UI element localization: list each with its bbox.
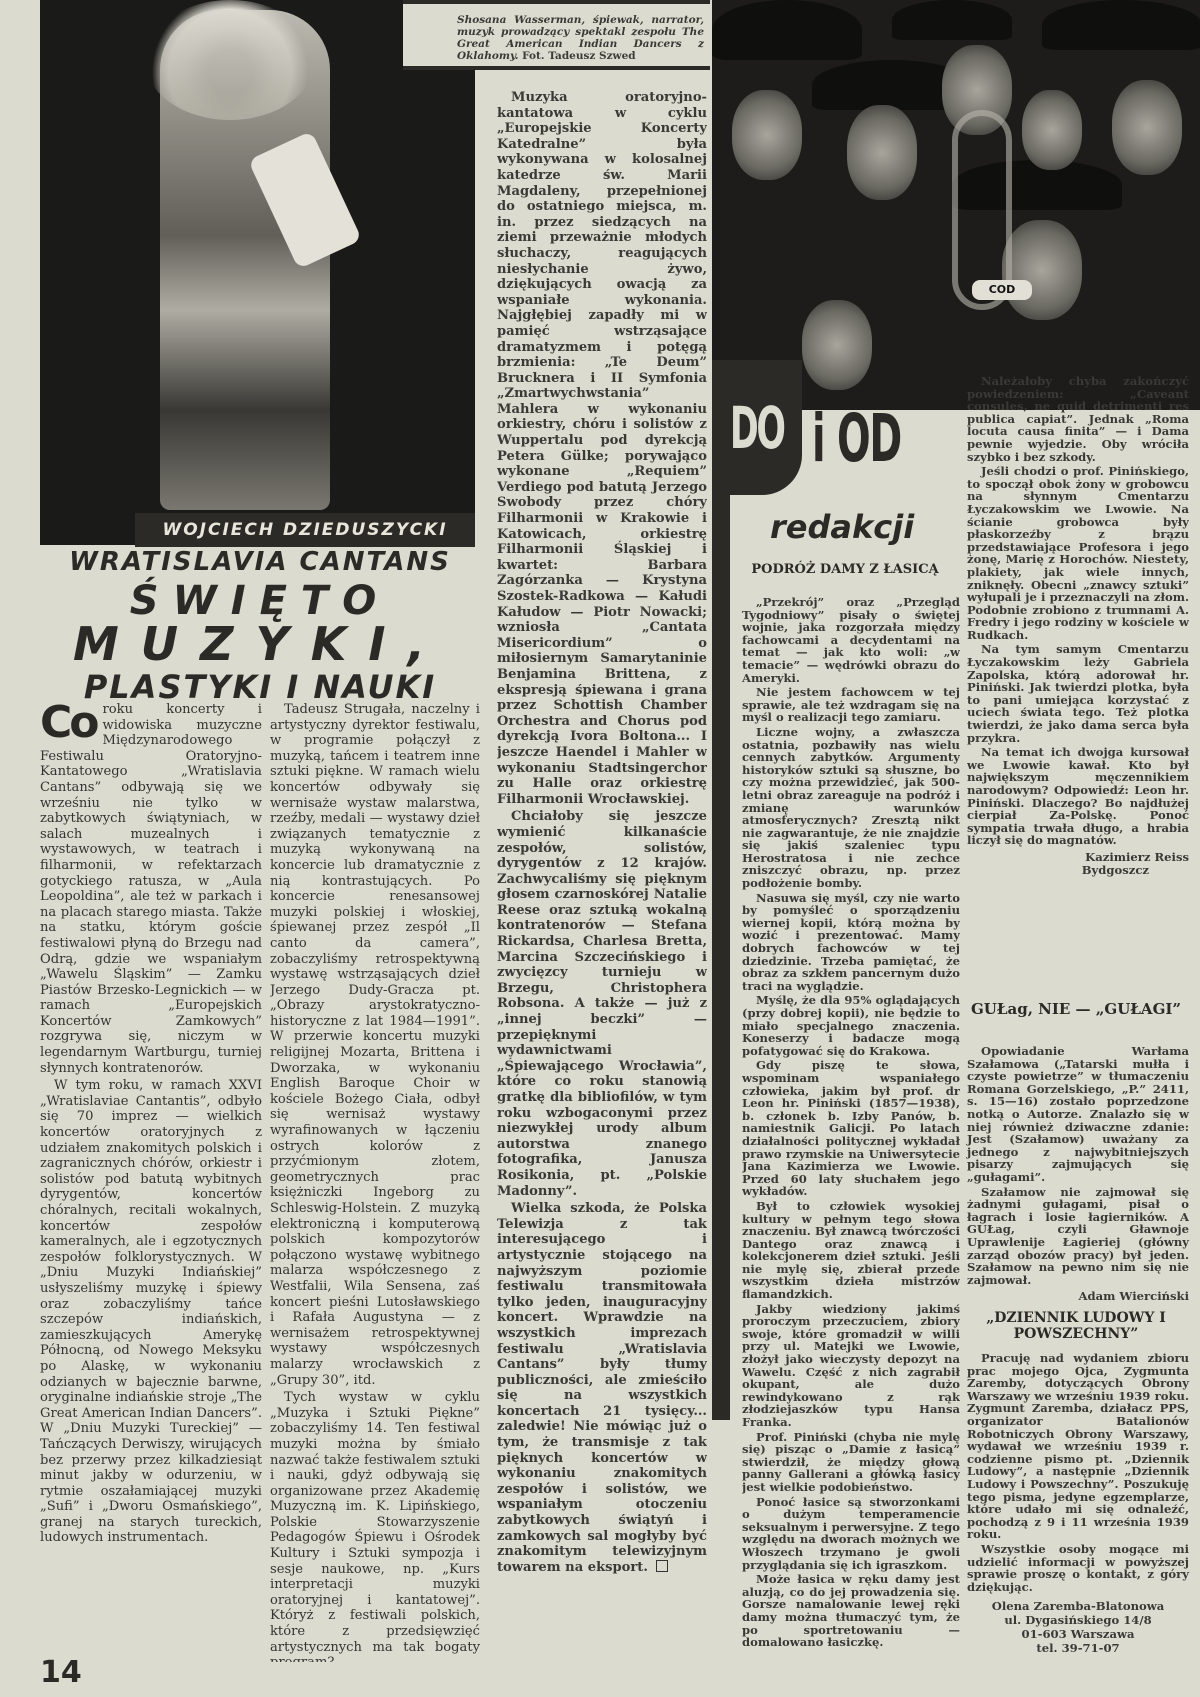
letter-paragraph: Ponoć łasice są stworzonkami o dużym tem… (742, 1496, 960, 1572)
photo-indian-dancer (40, 0, 475, 545)
section-title-redakcji: redakcji (770, 508, 914, 546)
address-city: 01-603 Warszawa (967, 1627, 1189, 1641)
letter-title: „DZIENNIK LUDOWY I POWSZECHNY” (965, 1310, 1187, 1342)
section-title-do: DO (712, 360, 802, 495)
address-phone: tel. 39-71-07 (967, 1641, 1189, 1655)
face-shape (1002, 220, 1082, 320)
article-paragraph: Tadeusz Strugała, naczelny i artystyczny… (270, 702, 480, 1388)
face-shape (847, 105, 917, 200)
letter-paragraph: Pracuję nad wydaniem zbioru prac mojego … (967, 1352, 1189, 1541)
author-name: WOJCIECH DZIEDUSZYCKI (162, 520, 447, 540)
article-paragraph: Chciałoby się jeszcze wymienić kilkanaśc… (497, 809, 707, 1199)
letter-title: PODRÓŻ DAMY Z ŁASICĄ (740, 562, 950, 578)
face-shape (802, 300, 872, 390)
letter-paragraph: Nie jestem fachowcem w tej sprawie, ale … (742, 686, 960, 724)
magazine-page: Shosana Wasserman, śpiewak, narrator, mu… (0, 0, 1200, 1697)
letter-column-1: „Przekrój” oraz „Przegląd Tygodniowy” pi… (742, 596, 960, 1686)
letter-paragraph: Wszystkie osoby mogące mi udzielić infor… (967, 1543, 1189, 1593)
letter-column-4: Pracuję nad wydaniem zbioru prac mojego … (967, 1352, 1189, 1655)
cap-badge: COD (972, 280, 1032, 300)
letter-paragraph: Na temat ich dwojga kursował we Lwowie k… (967, 746, 1189, 847)
section-sidebar-bar (712, 380, 730, 1420)
letter-paragraph: Może łasica w ręku damy jest aluzją, co … (742, 1573, 960, 1649)
letter-paragraph: Myślę, że dla 95% oglądających (przy dob… (742, 994, 960, 1057)
article-column-1: Coroku koncerty i widowiska muzyczne Mię… (40, 702, 262, 1657)
photo-cowboys: COD (712, 0, 1200, 410)
letter-column-2: Należałoby chyba zakończyć powiedzeniem:… (967, 375, 1189, 985)
letter-paragraph: Liczne wojny, a zwłaszcza ostatnia, pozb… (742, 726, 960, 890)
letter-paragraph: Na tym samym Cmentarzu Łyczakowskim leży… (967, 643, 1189, 744)
hat-shape (712, 0, 862, 60)
article-paragraph: W tym roku, w ramach XXVI „Wratislaviae … (40, 1078, 262, 1546)
photo-credit: Fot. Tadeusz Szwed (522, 50, 635, 62)
letter-title: GUŁag, NIE — „GUŁAGI” (965, 1000, 1187, 1019)
article-paragraph: Tych wystaw w cyklu „Muzyka i Sztuki Pię… (270, 1390, 480, 1662)
letter-paragraph: Prof. Piniński (chyba nie mylę się) pisz… (742, 1431, 960, 1494)
letter-column-3: Opowiadanie Warłama Szałamowa („Tatarski… (967, 1045, 1189, 1303)
address-street: ul. Dygasińskiego 14/8 (967, 1613, 1189, 1627)
letter-signature: Olena Zaremba-Blatonowa (967, 1599, 1189, 1613)
letter-signature: Adam Wierciński (967, 1290, 1189, 1303)
letter-paragraph: Szałamow nie zajmował się żadnymi gułaga… (967, 1186, 1189, 1287)
face-shape (732, 90, 802, 180)
section-title-iod: i OD (812, 400, 901, 477)
letter-paragraph: „Przekrój” oraz „Przegląd Tygodniowy” pi… (742, 596, 960, 684)
article-column-2: Tadeusz Strugała, naczelny i artystyczny… (270, 702, 480, 1662)
letter-paragraph: Nasuwa się myśl, czy nie warto by pomyśl… (742, 892, 960, 993)
letter-paragraph: Jeśli chodzi o prof. Pinińskiego, to spo… (967, 465, 1189, 641)
end-of-article-mark (656, 1560, 668, 1572)
headline-line-1: WRATISLAVIA CANTANS (40, 547, 480, 577)
letter-paragraph: Gdy piszę te słowa, wspominam wspaniałeg… (742, 1059, 960, 1198)
headline-line-3: MUZYKI, (40, 617, 480, 671)
letter-paragraph: Jakby wiedziony jakimś proroczym przeczu… (742, 1303, 960, 1429)
photo-caption: Shosana Wasserman, śpiewak, narrator, mu… (403, 0, 710, 70)
face-shape (1022, 90, 1082, 170)
article-paragraph: Wielka szkoda, że Polska Telewizja z tak… (497, 1201, 707, 1575)
contact-address: Olena Zaremba-Blatonowa ul. Dygasińskieg… (967, 1599, 1189, 1655)
letter-paragraph: Był to człowiek wysokiej kultury w pełny… (742, 1200, 960, 1301)
drop-cap: Co (40, 704, 97, 742)
author-byline: WOJCIECH DZIEDUSZYCKI (135, 513, 475, 547)
hat-shape (892, 0, 1012, 40)
letter-paragraph: Opowiadanie Warłama Szałamowa („Tatarski… (967, 1045, 1189, 1184)
page-number: 14 (40, 1655, 82, 1690)
hat-shape (1042, 0, 1200, 50)
article-column-3: Muzyka oratoryjno-kantatowa w cyklu „Eur… (497, 90, 707, 1660)
letter-paragraph: Należałoby chyba zakończyć powiedzeniem:… (967, 375, 1189, 463)
face-shape (1112, 80, 1182, 175)
letter-signature: Kazimierz Reiss (967, 851, 1189, 864)
letter-location: Bydgoszcz (967, 864, 1189, 877)
headline-line-4: PLASTYKI I NAUKI (40, 668, 480, 706)
article-paragraph: Coroku koncerty i widowiska muzyczne Mię… (40, 702, 262, 1076)
article-paragraph: Muzyka oratoryjno-kantatowa w cyklu „Eur… (497, 90, 707, 807)
